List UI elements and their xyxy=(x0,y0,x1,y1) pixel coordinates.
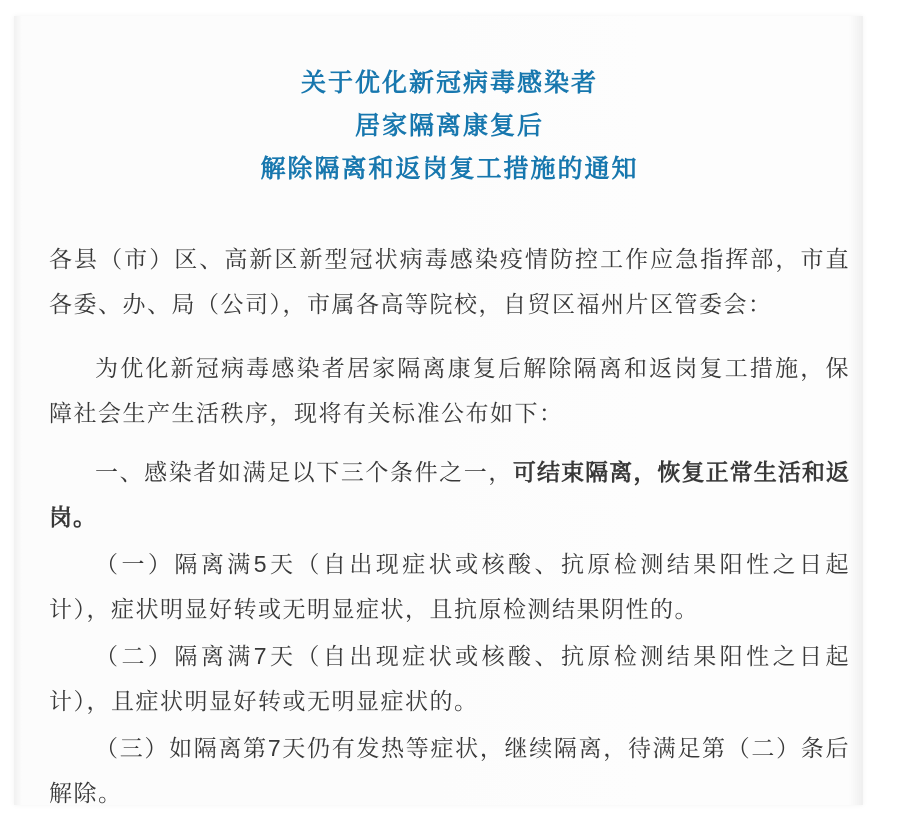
intro-paragraph: 为优化新冠病毒感染者居家隔离康复后解除隔离和返岗复工措施，保障社会生产生活秩序，… xyxy=(49,346,850,436)
salutation-paragraph: 各县（市）区、高新区新型冠状病毒感染疫情防控工作应急指挥部，市直各委、办、局（公… xyxy=(49,237,850,327)
section-one-item-3: （三）如隔离第7天仍有发热等症状，继续隔离，待满足第（二）条后解除。 xyxy=(49,726,850,805)
document-title-line-2: 居家隔离康复后 xyxy=(49,105,850,148)
document-content: 关于优化新冠病毒感染者 居家隔离康复后 解除隔离和返岗复工措施的通知 各县（市）… xyxy=(49,16,850,805)
document-title: 关于优化新冠病毒感染者 居家隔离康复后 解除隔离和返岗复工措施的通知 xyxy=(49,62,850,191)
document-title-line-1: 关于优化新冠病毒感染者 xyxy=(49,62,850,105)
document-title-line-3: 解除隔离和返岗复工措施的通知 xyxy=(49,148,850,191)
section-one-item-1: （一）隔离满5天（自出现症状或核酸、抗原检测结果阳性之日起计），症状明显好转或无… xyxy=(49,542,850,632)
section-one-lead-paragraph: 一、感染者如满足以下三个条件之一，可结束隔离，恢复正常生活和返岗。 xyxy=(49,450,850,540)
section-one-lead-regular: 一、感染者如满足以下三个条件之一， xyxy=(95,459,513,485)
section-one-item-2: （二）隔离满7天（自出现症状或核酸、抗原检测结果阳性之日起计），且症状明显好转或… xyxy=(49,634,850,724)
document-page: 关于优化新冠病毒感染者 居家隔离康复后 解除隔离和返岗复工措施的通知 各县（市）… xyxy=(14,16,863,805)
